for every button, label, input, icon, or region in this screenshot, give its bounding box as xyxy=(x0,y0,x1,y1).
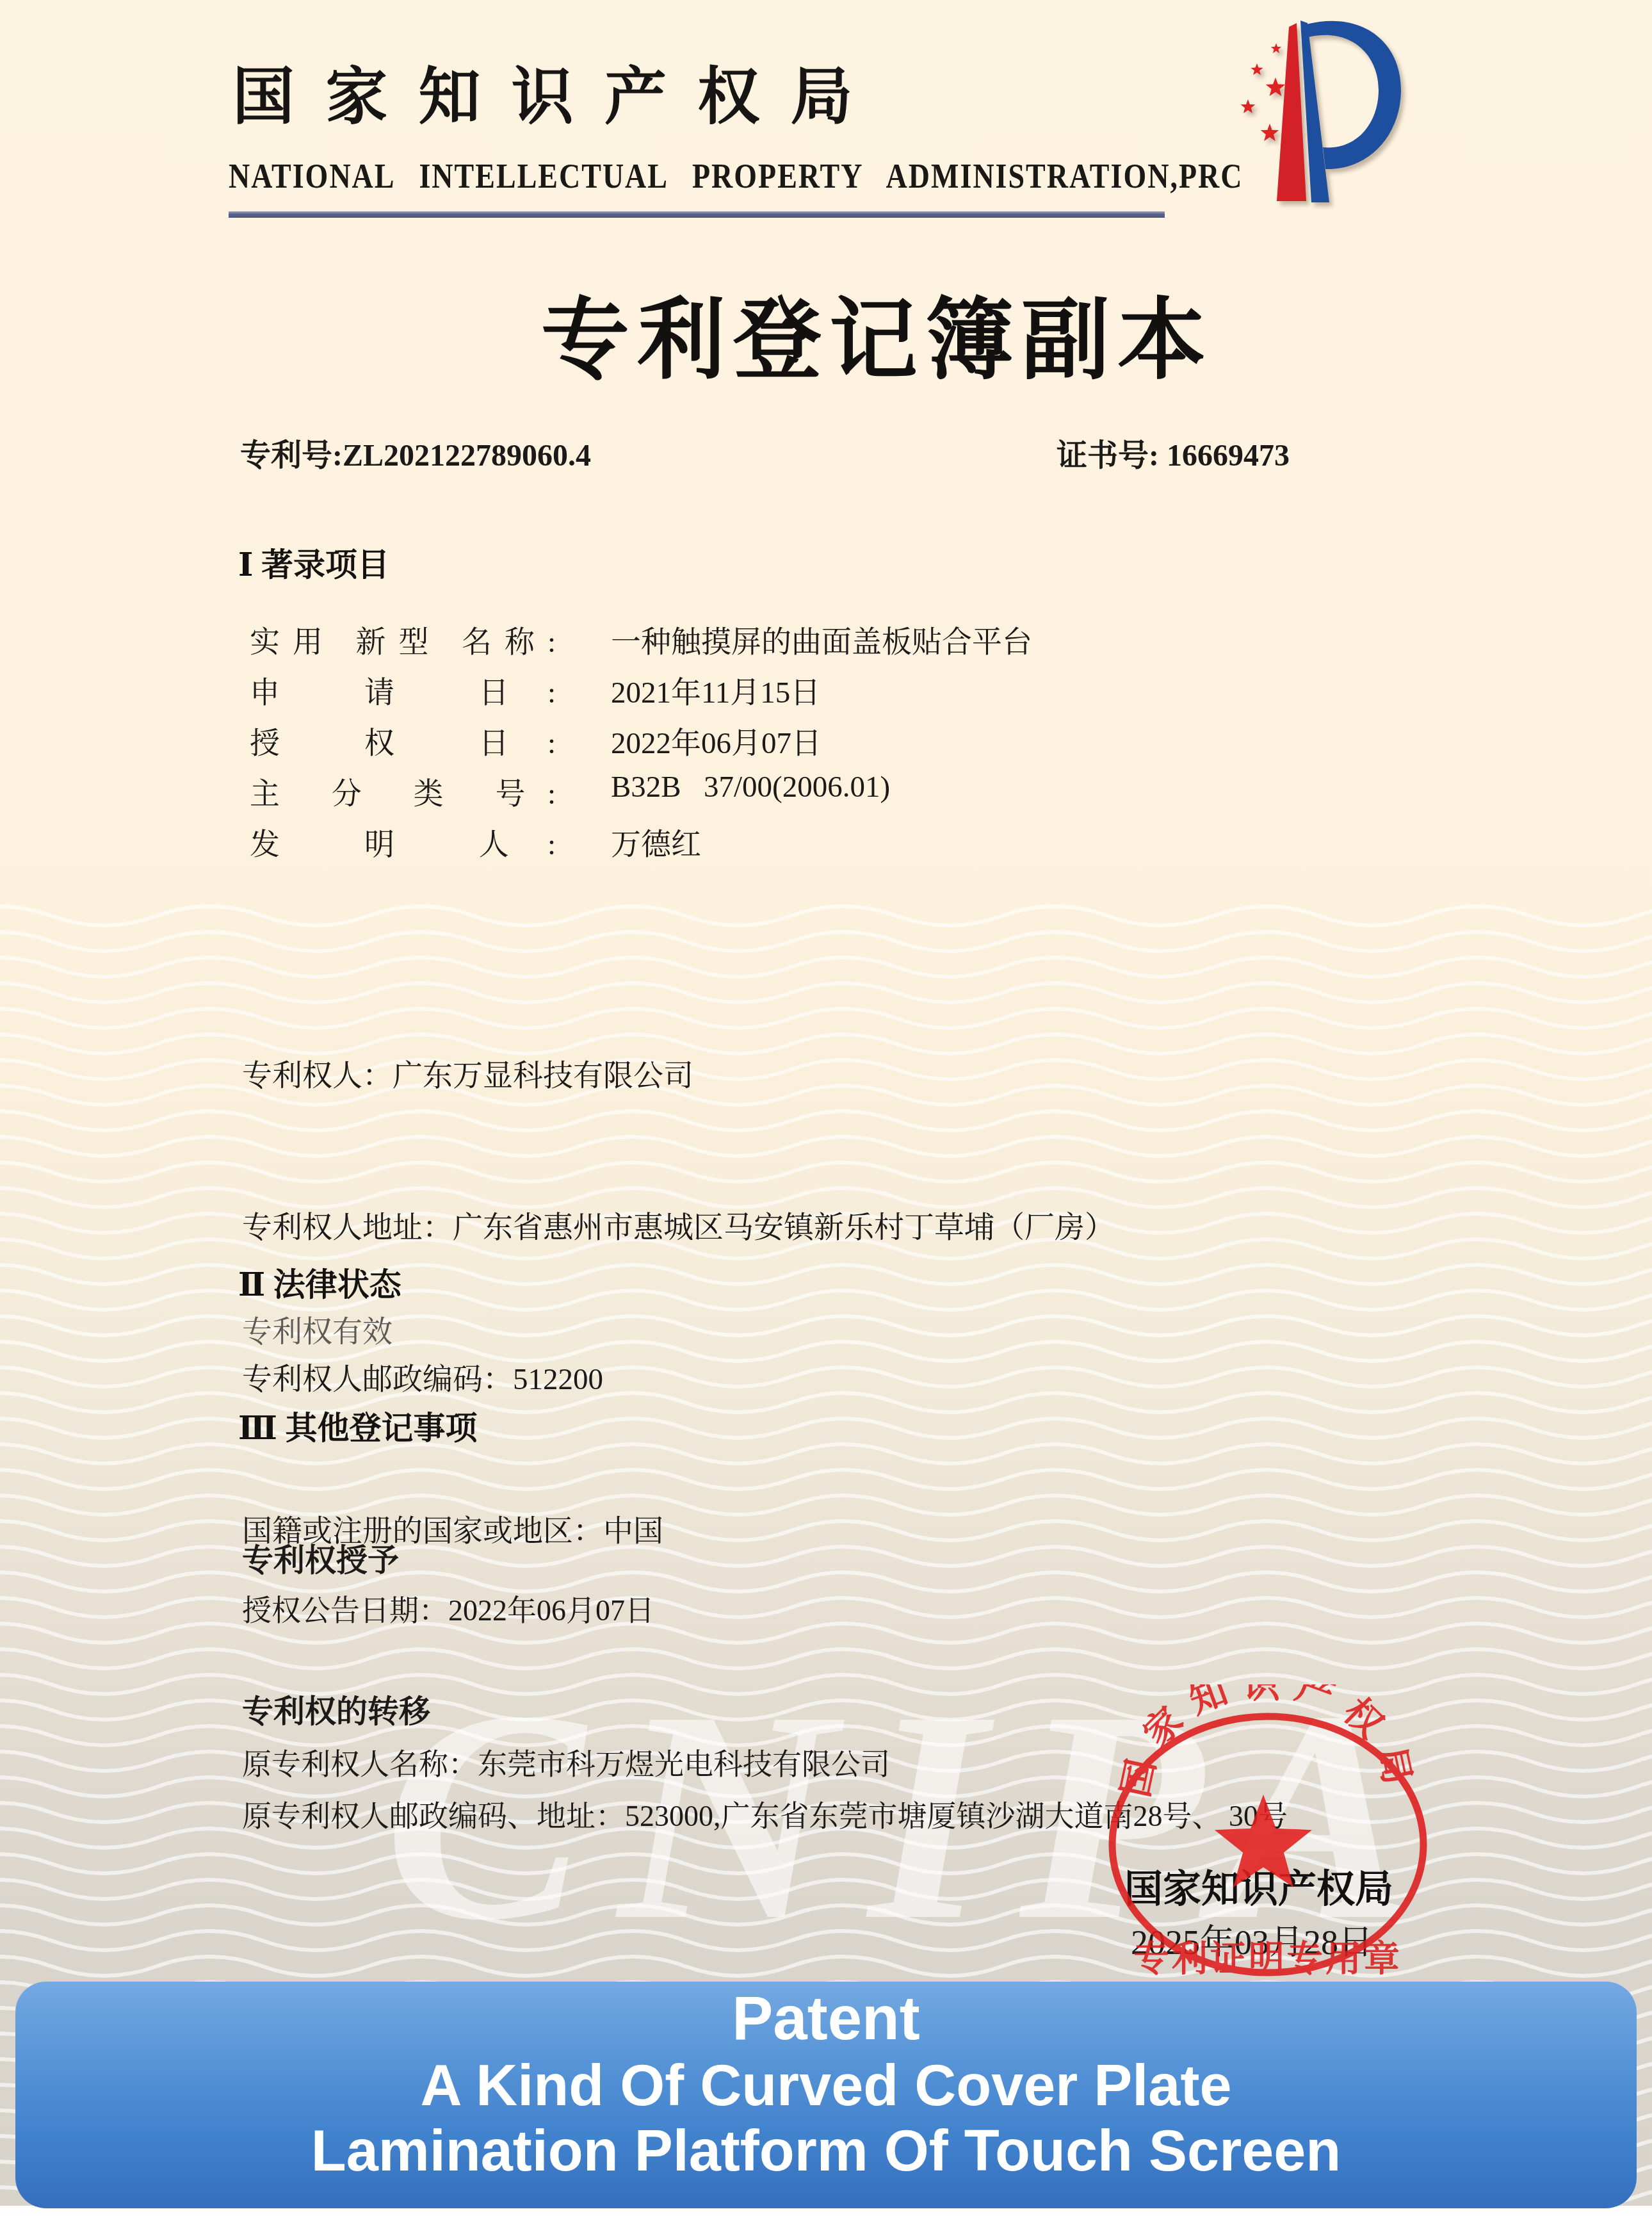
cnipa-logo xyxy=(1210,10,1446,241)
official-seal: 国家知识产权局 专利证明专用章 xyxy=(1082,1684,1454,1985)
title-banner: Patent A Kind Of Curved Cover Plate Lami… xyxy=(15,1982,1637,2208)
patentee-postcode: 专利权人邮政编码：512200 xyxy=(242,1355,1115,1405)
field-value: B32B 37/00(2006.01) xyxy=(611,770,890,804)
field-value: 一种触摸屏的曲面盖板贴合平台 xyxy=(611,618,1032,661)
patentee-address: 专利权人地址：广东省惠州市惠城区马安镇新乐村丁草埔（厂房） xyxy=(242,1203,1115,1253)
svg-text:国家知识产权局: 国家知识产权局 xyxy=(1115,1684,1421,1800)
field-row-grant-date: 授 权 日: 2022年06月07日 xyxy=(250,719,1032,770)
field-label: 发 明 人: xyxy=(250,820,556,863)
field-value: 万德红 xyxy=(611,820,701,863)
field-label: 申 请 日: xyxy=(250,669,556,712)
seal-arc-text: 国家知识产权局 xyxy=(1115,1684,1421,1800)
bibliographic-fields: 实用 新型 名称: 一种触摸屏的曲面盖板贴合平台 申 请 日: 2021年11月… xyxy=(250,618,1032,871)
banner-line-patent: Patent xyxy=(732,1984,919,2053)
field-value: 2022年06月07日 xyxy=(611,719,822,762)
patent-number: 专利号:ZL202122789060.4 xyxy=(240,430,591,475)
seal-bottom-text: 专利证明专用章 xyxy=(1133,1939,1402,1979)
seal-star-icon xyxy=(1215,1795,1312,1887)
logo-spike-blue xyxy=(1300,20,1401,202)
section2-heading: Ⅱ 法律状态 xyxy=(238,1259,401,1305)
field-row-classification: 主 分 类 号: B32B 37/00(2006.01) xyxy=(250,770,1032,820)
legal-status: 专利权有效 xyxy=(242,1308,393,1351)
banner-line-title-2: Lamination Platform Of Touch Screen xyxy=(311,2119,1341,2184)
field-label: 实用 新型 名称: xyxy=(250,618,556,661)
field-value: 2021年11月15日 xyxy=(611,669,820,712)
logo-spike-red xyxy=(1277,23,1306,201)
banner-line-title-1: A Kind Of Curved Cover Plate xyxy=(421,2053,1232,2119)
transfer-heading: 专利权的转移 xyxy=(242,1687,430,1732)
grant-heading: 专利权授予 xyxy=(242,1536,399,1581)
certificate-number: 证书号: 16669473 xyxy=(1057,430,1290,475)
document-title: 专利登记簿副本 xyxy=(541,269,1213,396)
section1-heading: Ⅰ 著录项目 xyxy=(238,539,389,585)
agency-name-cn: 国 家 知 识 产 权 局 xyxy=(232,46,861,136)
field-row-filing-date: 申 请 日: 2021年11月15日 xyxy=(250,669,1032,719)
grant-publication-date: 授权公告日期：2022年06月07日 xyxy=(242,1587,654,1629)
section3-heading: Ⅲ 其他登记事项 xyxy=(238,1403,477,1449)
field-label: 授 权 日: xyxy=(250,719,556,762)
logo-stars xyxy=(1241,44,1286,142)
field-row-name: 实用 新型 名称: 一种触摸屏的曲面盖板贴合平台 xyxy=(250,618,1032,669)
field-label: 主 分 类 号: xyxy=(250,770,556,813)
header-divider xyxy=(229,211,1165,218)
patent-register-document: CNIPA 国 家 知 识 产 权 局 NATIONAL INTELLECTUA… xyxy=(0,0,1652,2216)
former-patentee-name: 原专利权人名称：东莞市科万煜光电科技有限公司 xyxy=(242,1741,890,1783)
patentee-name: 专利权人：广东万显科技有限公司 xyxy=(242,1051,1115,1102)
field-row-inventor: 发 明 人: 万德红 xyxy=(250,820,1032,871)
agency-name-en: NATIONAL INTELLECTUAL PROPERTY ADMINISTR… xyxy=(229,156,1243,196)
